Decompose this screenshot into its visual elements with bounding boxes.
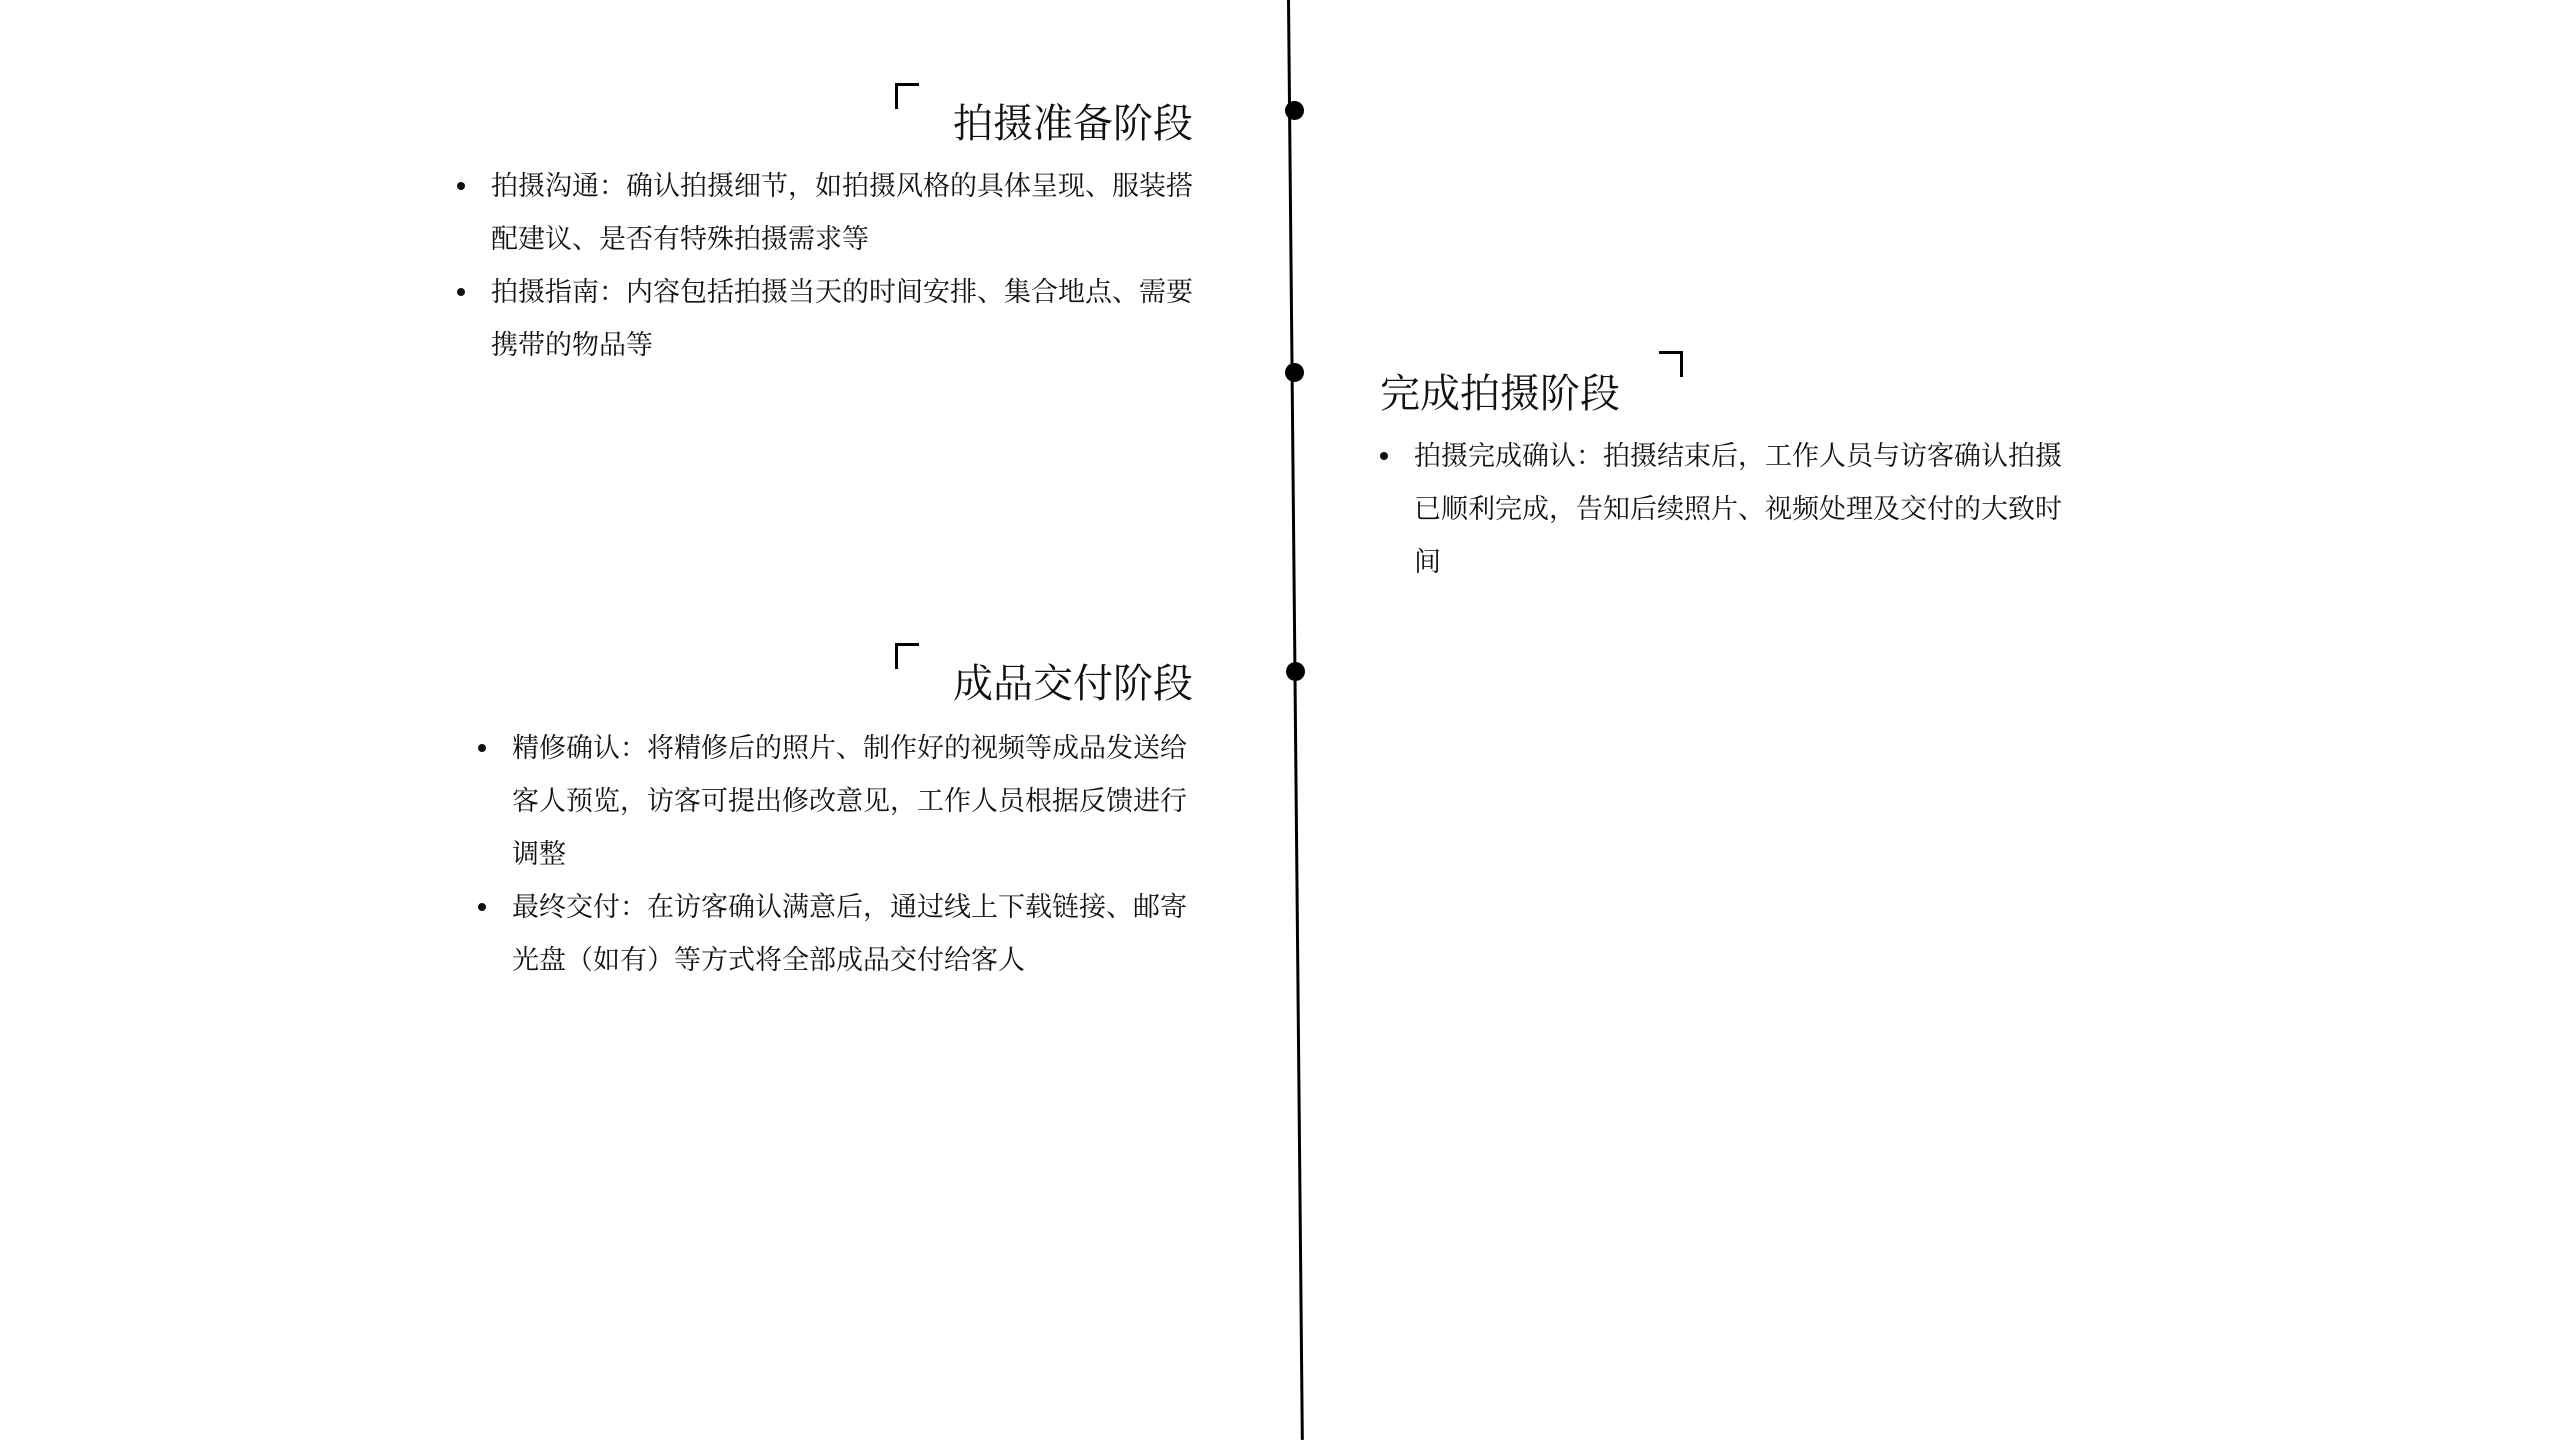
- list-item: 拍摄指南：内容包括拍摄当天的时间安排、集合地点、需要携带的物品等: [455, 266, 1215, 372]
- timeline-dot-1: [1285, 101, 1304, 120]
- list-item: 拍摄沟通：确认拍摄细节，如拍摄风格的具体呈现、服装搭配建议、是否有特殊拍摄需求等: [455, 160, 1215, 266]
- stage-title-delivery: 成品交付阶段: [940, 660, 1193, 708]
- stage-title-shooting-complete: 完成拍摄阶段: [1380, 370, 1620, 418]
- stage-title-preparation: 拍摄准备阶段: [940, 100, 1193, 148]
- timeline-dot-3: [1286, 662, 1305, 681]
- list-item: 最终交付：在访客确认满意后，通过线上下载链接、邮寄光盘（如有）等方式将全部成品交…: [476, 881, 1206, 987]
- timeline-line: [1287, 0, 1304, 1440]
- stage-list-delivery: 精修确认：将精修后的照片、制作好的视频等成品发送给客人预览，访客可提出修改意见，…: [476, 722, 1206, 987]
- corner-bracket-icon: [1659, 351, 1683, 377]
- list-item: 拍摄完成确认：拍摄结束后，工作人员与访客确认拍摄已顺利完成，告知后续照片、视频处…: [1378, 430, 2078, 589]
- timeline-dot-2: [1285, 363, 1304, 382]
- corner-bracket-icon: [895, 83, 919, 109]
- corner-bracket-icon: [895, 643, 919, 669]
- stage-list-shooting-complete: 拍摄完成确认：拍摄结束后，工作人员与访客确认拍摄已顺利完成，告知后续照片、视频处…: [1378, 430, 2078, 589]
- list-item: 精修确认：将精修后的照片、制作好的视频等成品发送给客人预览，访客可提出修改意见，…: [476, 722, 1206, 881]
- stage-list-preparation: 拍摄沟通：确认拍摄细节，如拍摄风格的具体呈现、服装搭配建议、是否有特殊拍摄需求等…: [455, 160, 1215, 372]
